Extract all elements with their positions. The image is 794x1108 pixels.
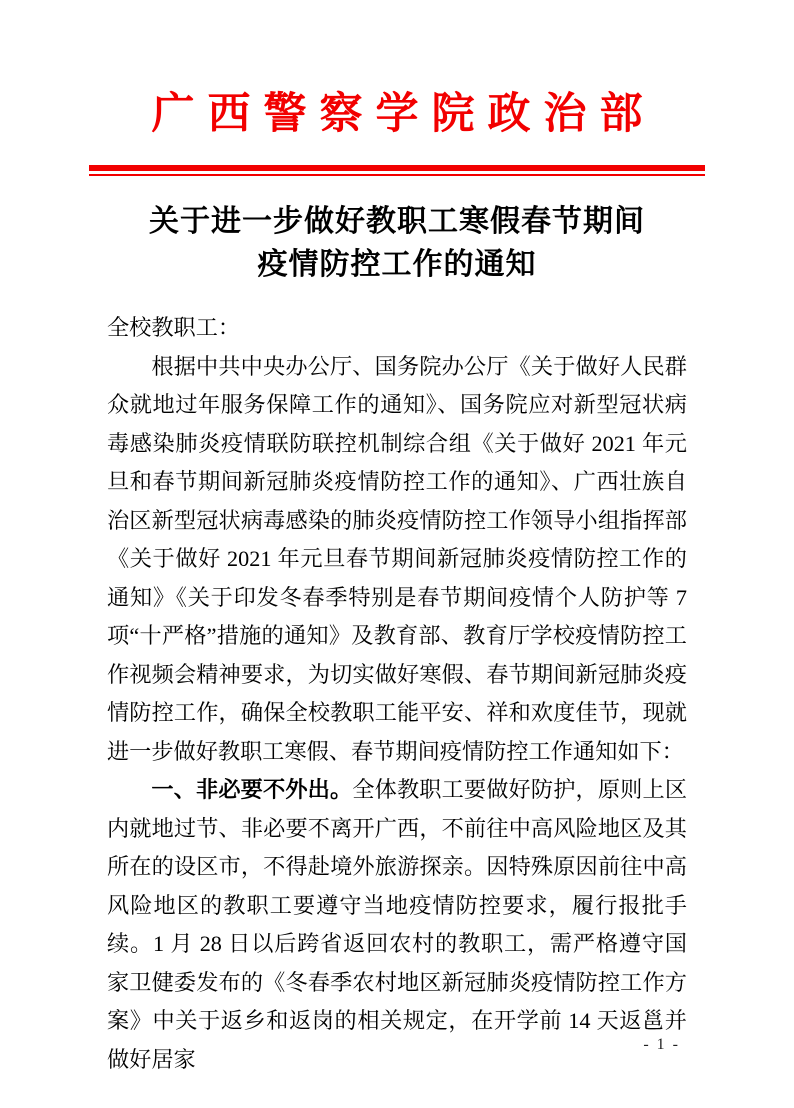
paragraph-rule-1-heading: 一、非必要不外出。 xyxy=(151,777,352,802)
document-body: 全校教职工： 根据中共中央办公厅、国务院办公厅《关于做好人民群众就地过年服务保障… xyxy=(107,309,687,1079)
document-page: 广西警察学院政治部 关于进一步做好教职工寒假春节期间 疫情防控工作的通知 全校教… xyxy=(0,0,794,1108)
page-number: - 1 - xyxy=(643,1036,680,1054)
paragraph-rule-1: 一、非必要不外出。全体教职工要做好防护，原则上区内就地过节、非必要不离开广西，不… xyxy=(107,771,687,1079)
document-title-line-2: 疫情防控工作的通知 xyxy=(258,248,537,281)
document-title-line-1: 关于进一步做好教职工寒假春节期间 xyxy=(149,205,645,238)
red-rule-thin-bar xyxy=(89,174,705,176)
paragraph-rule-1-text: 全体教职工要做好防护，原则上区内就地过节、非必要不离开广西，不前往中高风险地区及… xyxy=(107,777,687,1072)
letterhead: 广西警察学院政治部 xyxy=(0,90,794,176)
document-title: 关于进一步做好教职工寒假春节期间 疫情防控工作的通知 xyxy=(0,200,794,286)
paragraph-basis: 根据中共中央办公厅、国务院办公厅《关于做好人民群众就地过年服务保障工作的通知》、… xyxy=(107,348,687,772)
agency-name: 广西警察学院政治部 xyxy=(0,90,794,140)
red-separator-rule xyxy=(89,165,705,176)
salutation: 全校教职工： xyxy=(107,309,687,348)
